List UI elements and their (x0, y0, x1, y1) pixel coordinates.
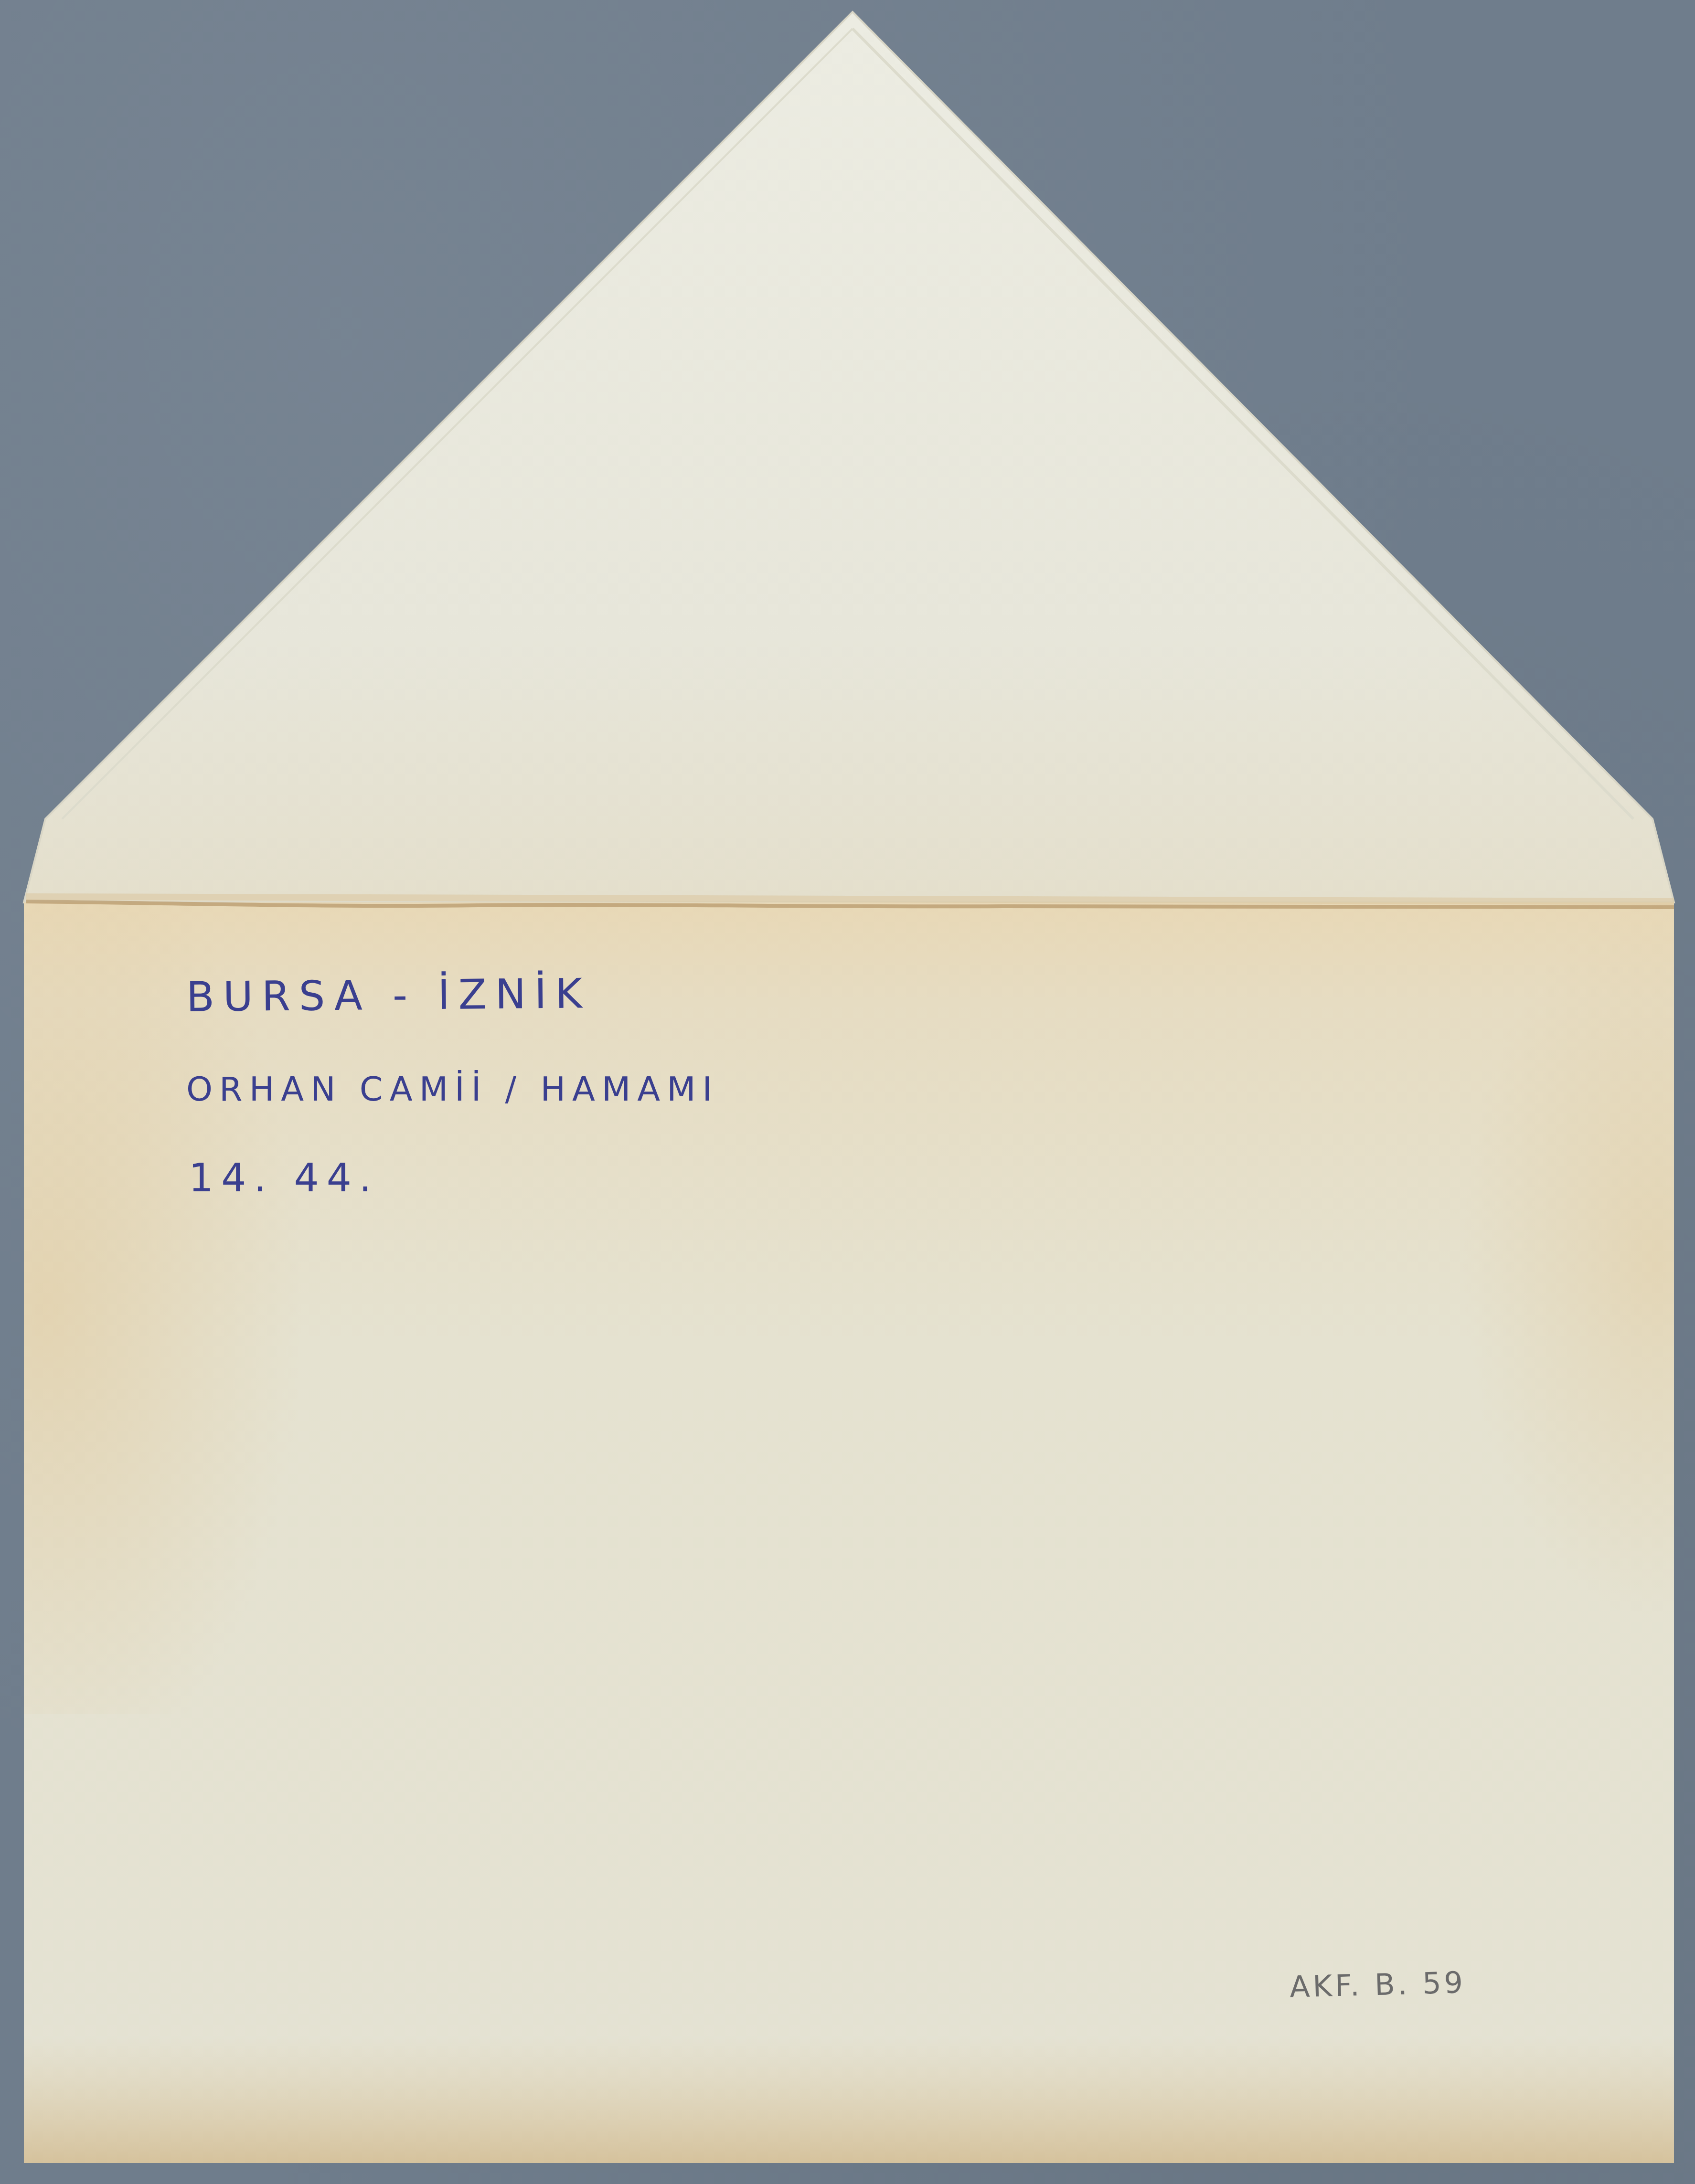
pencil-archive-code: AKF. B. 59 (1289, 1965, 1466, 2004)
envelope-flap (24, 12, 1674, 902)
handwritten-place-name: BURSA - İZNİK (186, 970, 591, 1021)
handwritten-reference-number: 14. 44. (189, 1156, 379, 1201)
handwritten-building-name: ORHAN CAMİİ / HAMAMI (186, 1070, 719, 1109)
